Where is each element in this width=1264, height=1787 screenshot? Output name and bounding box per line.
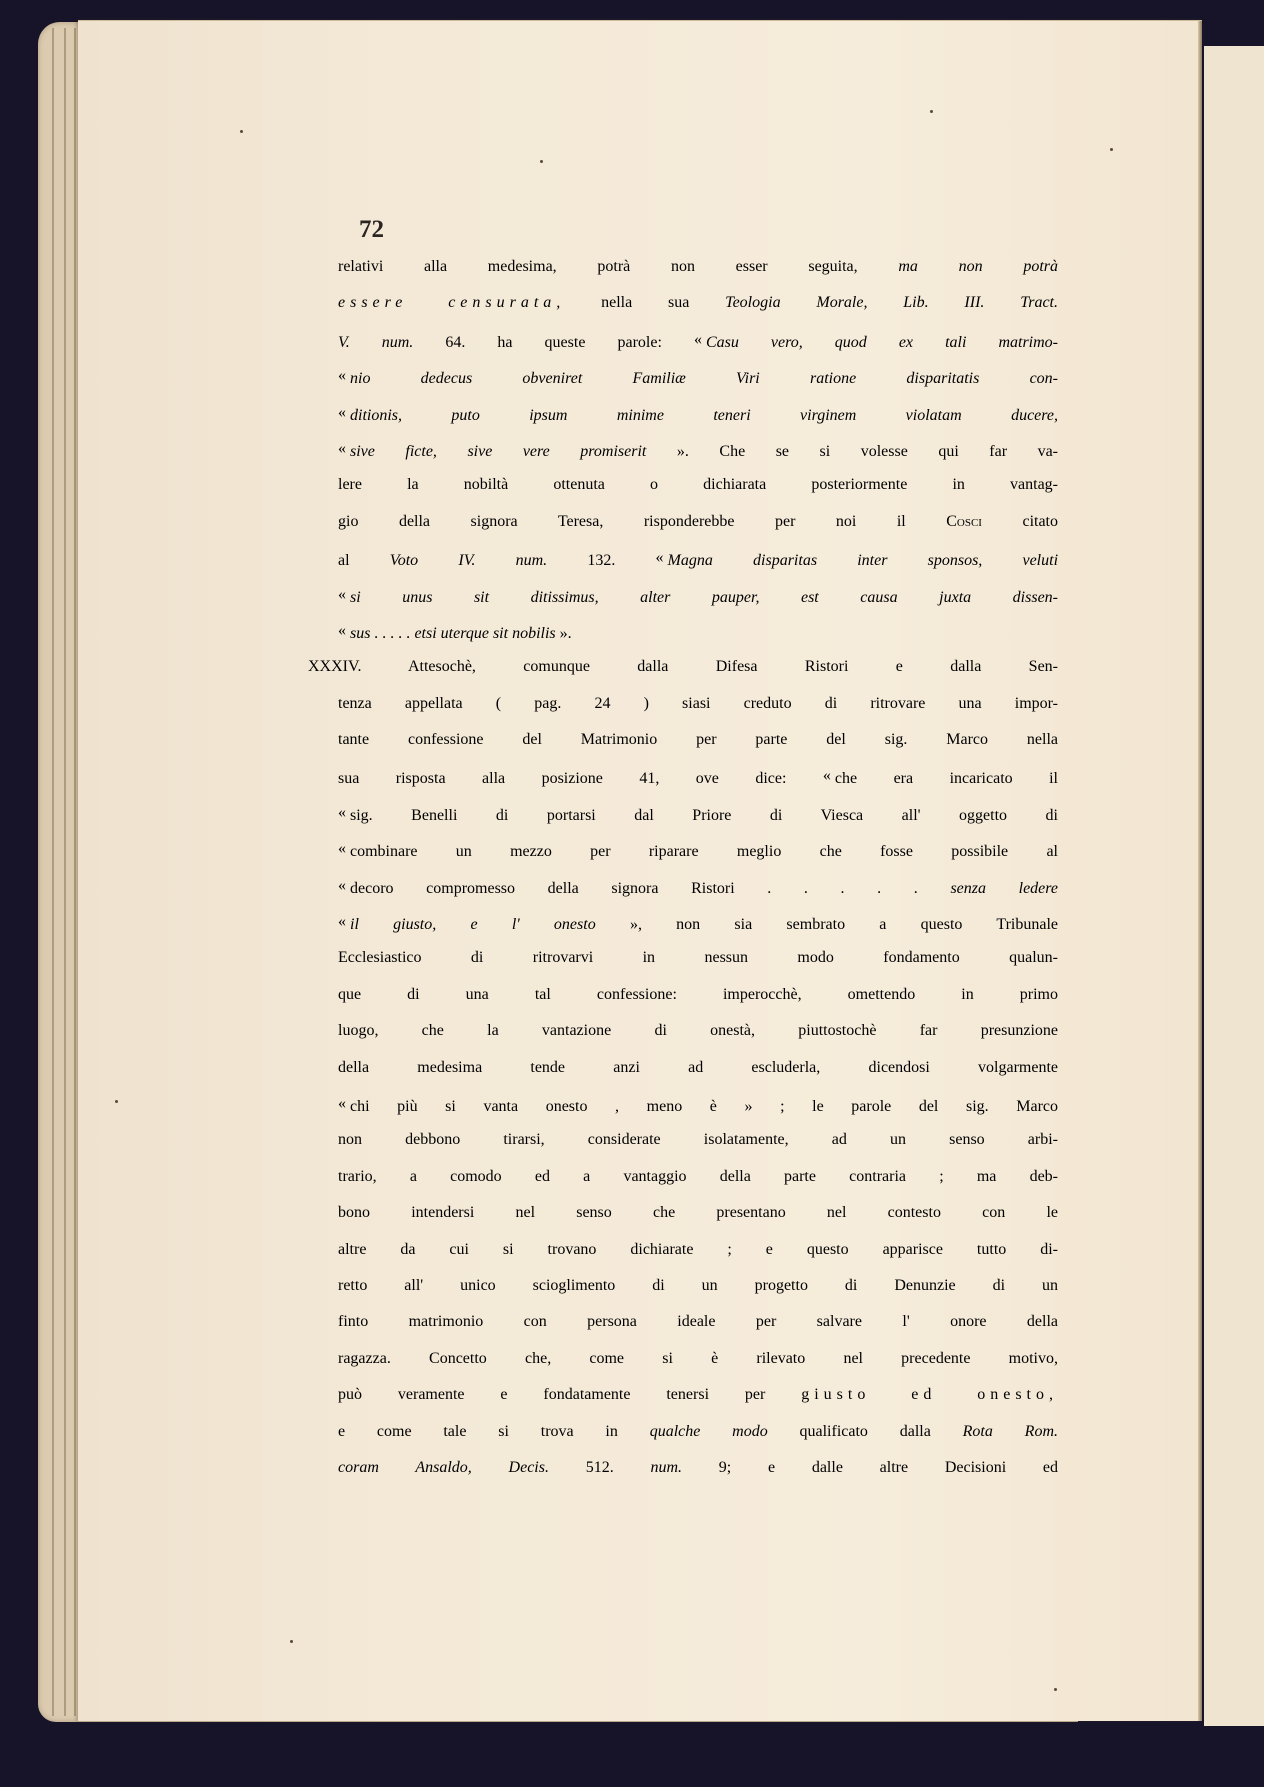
text-run: trario, a comodo ed a vantaggio della pa… (338, 1168, 1058, 1185)
text-run: citato (982, 513, 1058, 530)
text-line: que di una tal confessione: imperocchè, … (338, 986, 1058, 1022)
paper-speck (930, 110, 933, 113)
text-run: ». Che se si volesse qui far va- (646, 443, 1058, 460)
text-line: ragazza. Concetto che, come si è rilevat… (338, 1350, 1058, 1386)
text-run: XXXIV. Attesochè, comunque dalla Difesa … (308, 658, 1058, 675)
text-line: trario, a comodo ed a vantaggio della pa… (338, 1168, 1058, 1204)
text-run: non debbono tirarsi, considerate isolata… (338, 1131, 1058, 1148)
text-run: relativi alla medesima, potrà non esser … (338, 258, 898, 275)
text-line: e come tale si trova in qualche modo qua… (338, 1423, 1058, 1459)
quote-mark: « (338, 877, 346, 894)
page-edge-line (74, 28, 76, 1716)
text-line: non debbono tirarsi, considerate isolata… (338, 1131, 1058, 1167)
text-line: tenza appellata ( pag. 24 ) siasi credut… (338, 695, 1058, 731)
text-run: ragazza. Concetto che, come si è rilevat… (338, 1350, 1058, 1367)
text-run: 132. (547, 552, 655, 569)
text-line: relativi alla medesima, potrà non esser … (338, 258, 1058, 294)
text-run: chi più si vanta onesto , meno è » ; le … (350, 1098, 1058, 1115)
text-run: tenza appellata ( pag. 24 ) siasi credut… (338, 695, 1058, 712)
quote-mark: « (338, 586, 346, 603)
italic-text: Voto IV. num. (390, 552, 547, 569)
italic-text: Casu vero, quod ex tali matrimo- (706, 334, 1058, 351)
quote-mark: « (338, 804, 346, 821)
quote-mark: « (338, 404, 346, 421)
italic-text: ditionis, puto ipsum minime teneri virgi… (350, 407, 1058, 424)
text-line: al Voto IV. num. 132. «Magna disparitas … (338, 549, 1058, 585)
quote-mark: « (338, 840, 346, 857)
paper-speck (540, 160, 543, 163)
paper-speck (115, 1100, 118, 1103)
text-line: «nio dedecus obveniret Familiæ Viri rati… (338, 367, 1058, 403)
text-run: retto all' unico scioglimento di un prog… (338, 1277, 1058, 1294)
text-run: e come tale si trova in (338, 1423, 650, 1440)
text-line: «sus . . . . . etsi uterque sit nobilis … (338, 622, 1058, 658)
text-run: altre da cui si trovano dichiarate ; e q… (338, 1241, 1058, 1258)
text-run: può veramente e fondatamente tenersi per (338, 1386, 801, 1403)
text-run: lere la nobiltà ottenuta o dichiarata po… (338, 476, 1058, 493)
text-line: tante confessione del Matrimonio per par… (338, 731, 1058, 767)
italic-text: si unus sit ditissimus, alter pauper, es… (350, 589, 1058, 606)
body-text: relativi alla medesima, potrà non esser … (338, 258, 1058, 1495)
text-run: combinare un mezzo per riparare meglio c… (350, 843, 1058, 860)
italic-text: sus . . . . . etsi uterque sit nobilis (350, 625, 556, 642)
text-run: nella sua (565, 294, 725, 311)
text-run: bono intendersi nel senso che presentano… (338, 1204, 1058, 1221)
italic-text: ma non potrà (898, 258, 1058, 275)
text-line: può veramente e fondatamente tenersi per… (338, 1386, 1058, 1422)
quote-mark: « (338, 440, 346, 457)
italic-text: Teologia Morale, Lib. III. Tract. (725, 294, 1058, 311)
text-line: gio della signora Teresa, risponderebbe … (338, 513, 1058, 549)
text-run: finto matrimonio con persona ideale per … (338, 1313, 1058, 1330)
text-line: sua risposta alla posizione 41, ove dice… (338, 767, 1058, 803)
section-heading-line: XXXIV. Attesochè, comunque dalla Difesa … (308, 658, 1058, 694)
quote-mark: « (694, 331, 702, 348)
text-line: V. num. 64. ha queste parole: «Casu vero… (338, 331, 1058, 367)
page-edge-line (52, 28, 54, 1716)
text-run: al (338, 552, 390, 569)
italic-text: V. num. (338, 334, 413, 351)
page-number: 72 (359, 216, 384, 244)
text-run: qualificato dalla (768, 1423, 963, 1440)
text-run: gio della signora Teresa, risponderebbe … (338, 513, 946, 530)
text-run: », non sia sembrato a questo Tribunale (596, 916, 1058, 933)
text-line: «il giusto, e l' onesto », non sia sembr… (338, 913, 1058, 949)
text-line: «sive ficte, sive vere promiserit ». Che… (338, 440, 1058, 476)
paper-speck (1054, 1688, 1057, 1691)
text-line: luogo, che la vantazione di onestà, piut… (338, 1022, 1058, 1058)
text-line: altre da cui si trovano dichiarate ; e q… (338, 1241, 1058, 1277)
text-line: essere censurata, nella sua Teologia Mor… (338, 294, 1058, 330)
page-edge-line (64, 28, 66, 1716)
text-line: bono intendersi nel senso che presentano… (338, 1204, 1058, 1240)
text-run: della medesima tende anzi ad escluderla,… (338, 1059, 1058, 1076)
text-line: finto matrimonio con persona ideale per … (338, 1313, 1058, 1349)
italic-text: sive ficte, sive vere promiserit (350, 443, 646, 460)
text-run: 9; e dalle altre Decisioni ed (682, 1459, 1058, 1476)
text-run: Cosci (946, 513, 982, 530)
text-line: Ecclesiastico di ritrovarvi in nessun mo… (338, 949, 1058, 985)
text-run: ». (556, 625, 572, 642)
quote-mark: « (338, 1095, 346, 1112)
text-line: della medesima tende anzi ad escluderla,… (338, 1059, 1058, 1095)
paper-speck (1110, 148, 1113, 151)
italic-text: il giusto, e l' onesto (350, 916, 596, 933)
text-run: decoro compromesso della signora Ristori… (350, 880, 950, 897)
text-line: «ditionis, puto ipsum minime teneri virg… (338, 404, 1058, 440)
text-run: 512. (549, 1459, 651, 1476)
text-run: sig. Benelli di portarsi dal Priore di V… (350, 807, 1058, 824)
text-run: sua risposta alla posizione 41, ove dice… (338, 770, 823, 787)
text-line: «chi più si vanta onesto , meno è » ; le… (338, 1095, 1058, 1131)
text-line: coram Ansaldo, Decis. 512. num. 9; e dal… (338, 1459, 1058, 1495)
italic-text: Rota Rom. (963, 1423, 1058, 1440)
paper-speck (240, 130, 243, 133)
paper-speck (290, 1640, 293, 1643)
quote-mark: « (338, 622, 346, 639)
text-run: que di una tal confessione: imperocchè, … (338, 986, 1058, 1003)
text-line: «si unus sit ditissimus, alter pauper, e… (338, 586, 1058, 622)
text-run: Ecclesiastico di ritrovarvi in nessun mo… (338, 949, 1058, 966)
italic-text: qualche modo (650, 1423, 768, 1440)
text-run: tante confessione del Matrimonio per par… (338, 731, 1058, 748)
italic-text: essere censurata, (338, 294, 565, 311)
text-run: che era incaricato il (835, 770, 1058, 787)
text-run: 64. ha queste parole: (413, 334, 694, 351)
text-line: retto all' unico scioglimento di un prog… (338, 1277, 1058, 1313)
quote-mark: « (338, 913, 346, 930)
facing-page-edge (1204, 46, 1264, 1726)
italic-text: coram (338, 1459, 415, 1476)
text-line: «decoro compromesso della signora Ristor… (338, 877, 1058, 913)
italic-text: Ansaldo, Decis. (415, 1459, 549, 1476)
text-line: «combinare un mezzo per riparare meglio … (338, 840, 1058, 876)
italic-text: nio dedecus obveniret Familiæ Viri ratio… (350, 370, 1058, 387)
quote-mark: « (656, 549, 664, 566)
text-line: «sig. Benelli di portarsi dal Priore di … (338, 804, 1058, 840)
text-run: giusto ed onesto, (801, 1386, 1058, 1403)
text-run: luogo, che la vantazione di onestà, piut… (338, 1022, 1058, 1039)
italic-text: Magna disparitas inter sponsos, veluti (668, 552, 1059, 569)
text-line: lere la nobiltà ottenuta o dichiarata po… (338, 476, 1058, 512)
italic-text: num. (650, 1459, 682, 1476)
quote-mark: « (338, 367, 346, 384)
italic-text: senza ledere (950, 880, 1058, 897)
quote-mark: « (823, 767, 831, 784)
